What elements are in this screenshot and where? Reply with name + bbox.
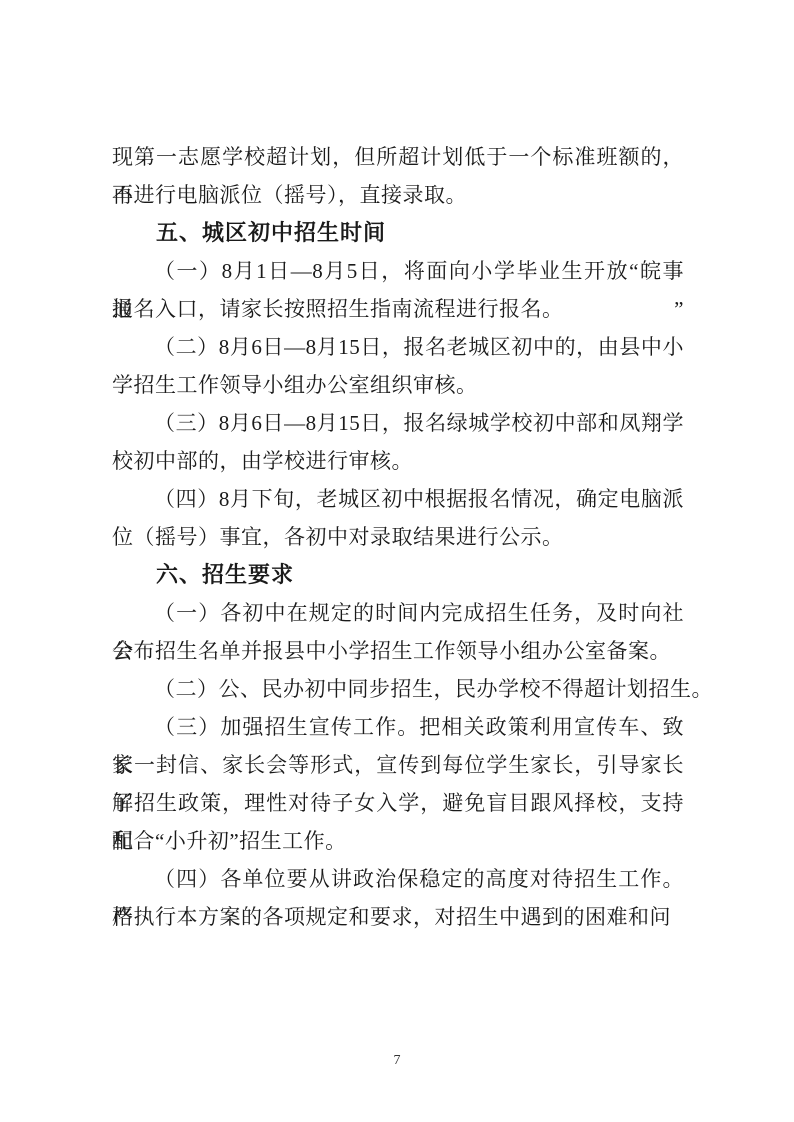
body-line: （一）8月1日—8月5日，将面向小学毕业生开放“皖事通” <box>112 252 684 290</box>
body-line: （四）各单位要从讲政治保稳定的高度对待招生工作。严 <box>112 860 684 898</box>
body-line: 配合“小升初”招生工作。 <box>112 822 684 860</box>
body-line: 校初中部的，由学校进行审核。 <box>112 442 684 480</box>
body-line: 长一封信、家长会等形式，宣传到每位学生家长，引导家长了 <box>112 746 684 784</box>
body-line: 现第一志愿学校超计划，但所超计划低于一个标准班额的，不 <box>112 138 684 176</box>
section-heading-6: 六、招生要求 <box>112 556 684 594</box>
page-number: 7 <box>0 1053 794 1069</box>
document-page: 现第一志愿学校超计划，但所超计划低于一个标准班额的，不 再进行电脑派位（摇号），… <box>0 0 794 1122</box>
body-line: 公布招生名单并报县中小学招生工作领导小组办公室备案。 <box>112 632 684 670</box>
section-heading-5: 五、城区初中招生时间 <box>112 214 684 252</box>
body-line: 位（摇号）事宜，各初中对录取结果进行公示。 <box>112 518 684 556</box>
body-line: （一）各初中在规定的时间内完成招生任务，及时向社会 <box>112 594 684 632</box>
body-line: （三）加强招生宣传工作。把相关政策利用宣传车、致家 <box>112 708 684 746</box>
body-line: 学招生工作领导小组办公室组织审核。 <box>112 366 684 404</box>
body-line: （二）公、民办初中同步招生，民办学校不得超计划招生。 <box>112 670 684 708</box>
document-body: 现第一志愿学校超计划，但所超计划低于一个标准班额的，不 再进行电脑派位（摇号），… <box>112 138 684 936</box>
body-line: 解招生政策，理性对待子女入学，避免盲目跟风择校，支持和 <box>112 784 684 822</box>
body-line: 再进行电脑派位（摇号），直接录取。 <box>112 176 684 214</box>
body-line: （二）8月6日—8月15日，报名老城区初中的，由县中小 <box>112 328 684 366</box>
body-line: 格执行本方案的各项规定和要求，对招生中遇到的困难和问 <box>112 898 684 936</box>
body-line: （四）8月下旬，老城区初中根据报名情况，确定电脑派 <box>112 480 684 518</box>
body-line: （三）8月6日—8月15日，报名绿城学校初中部和凤翔学 <box>112 404 684 442</box>
